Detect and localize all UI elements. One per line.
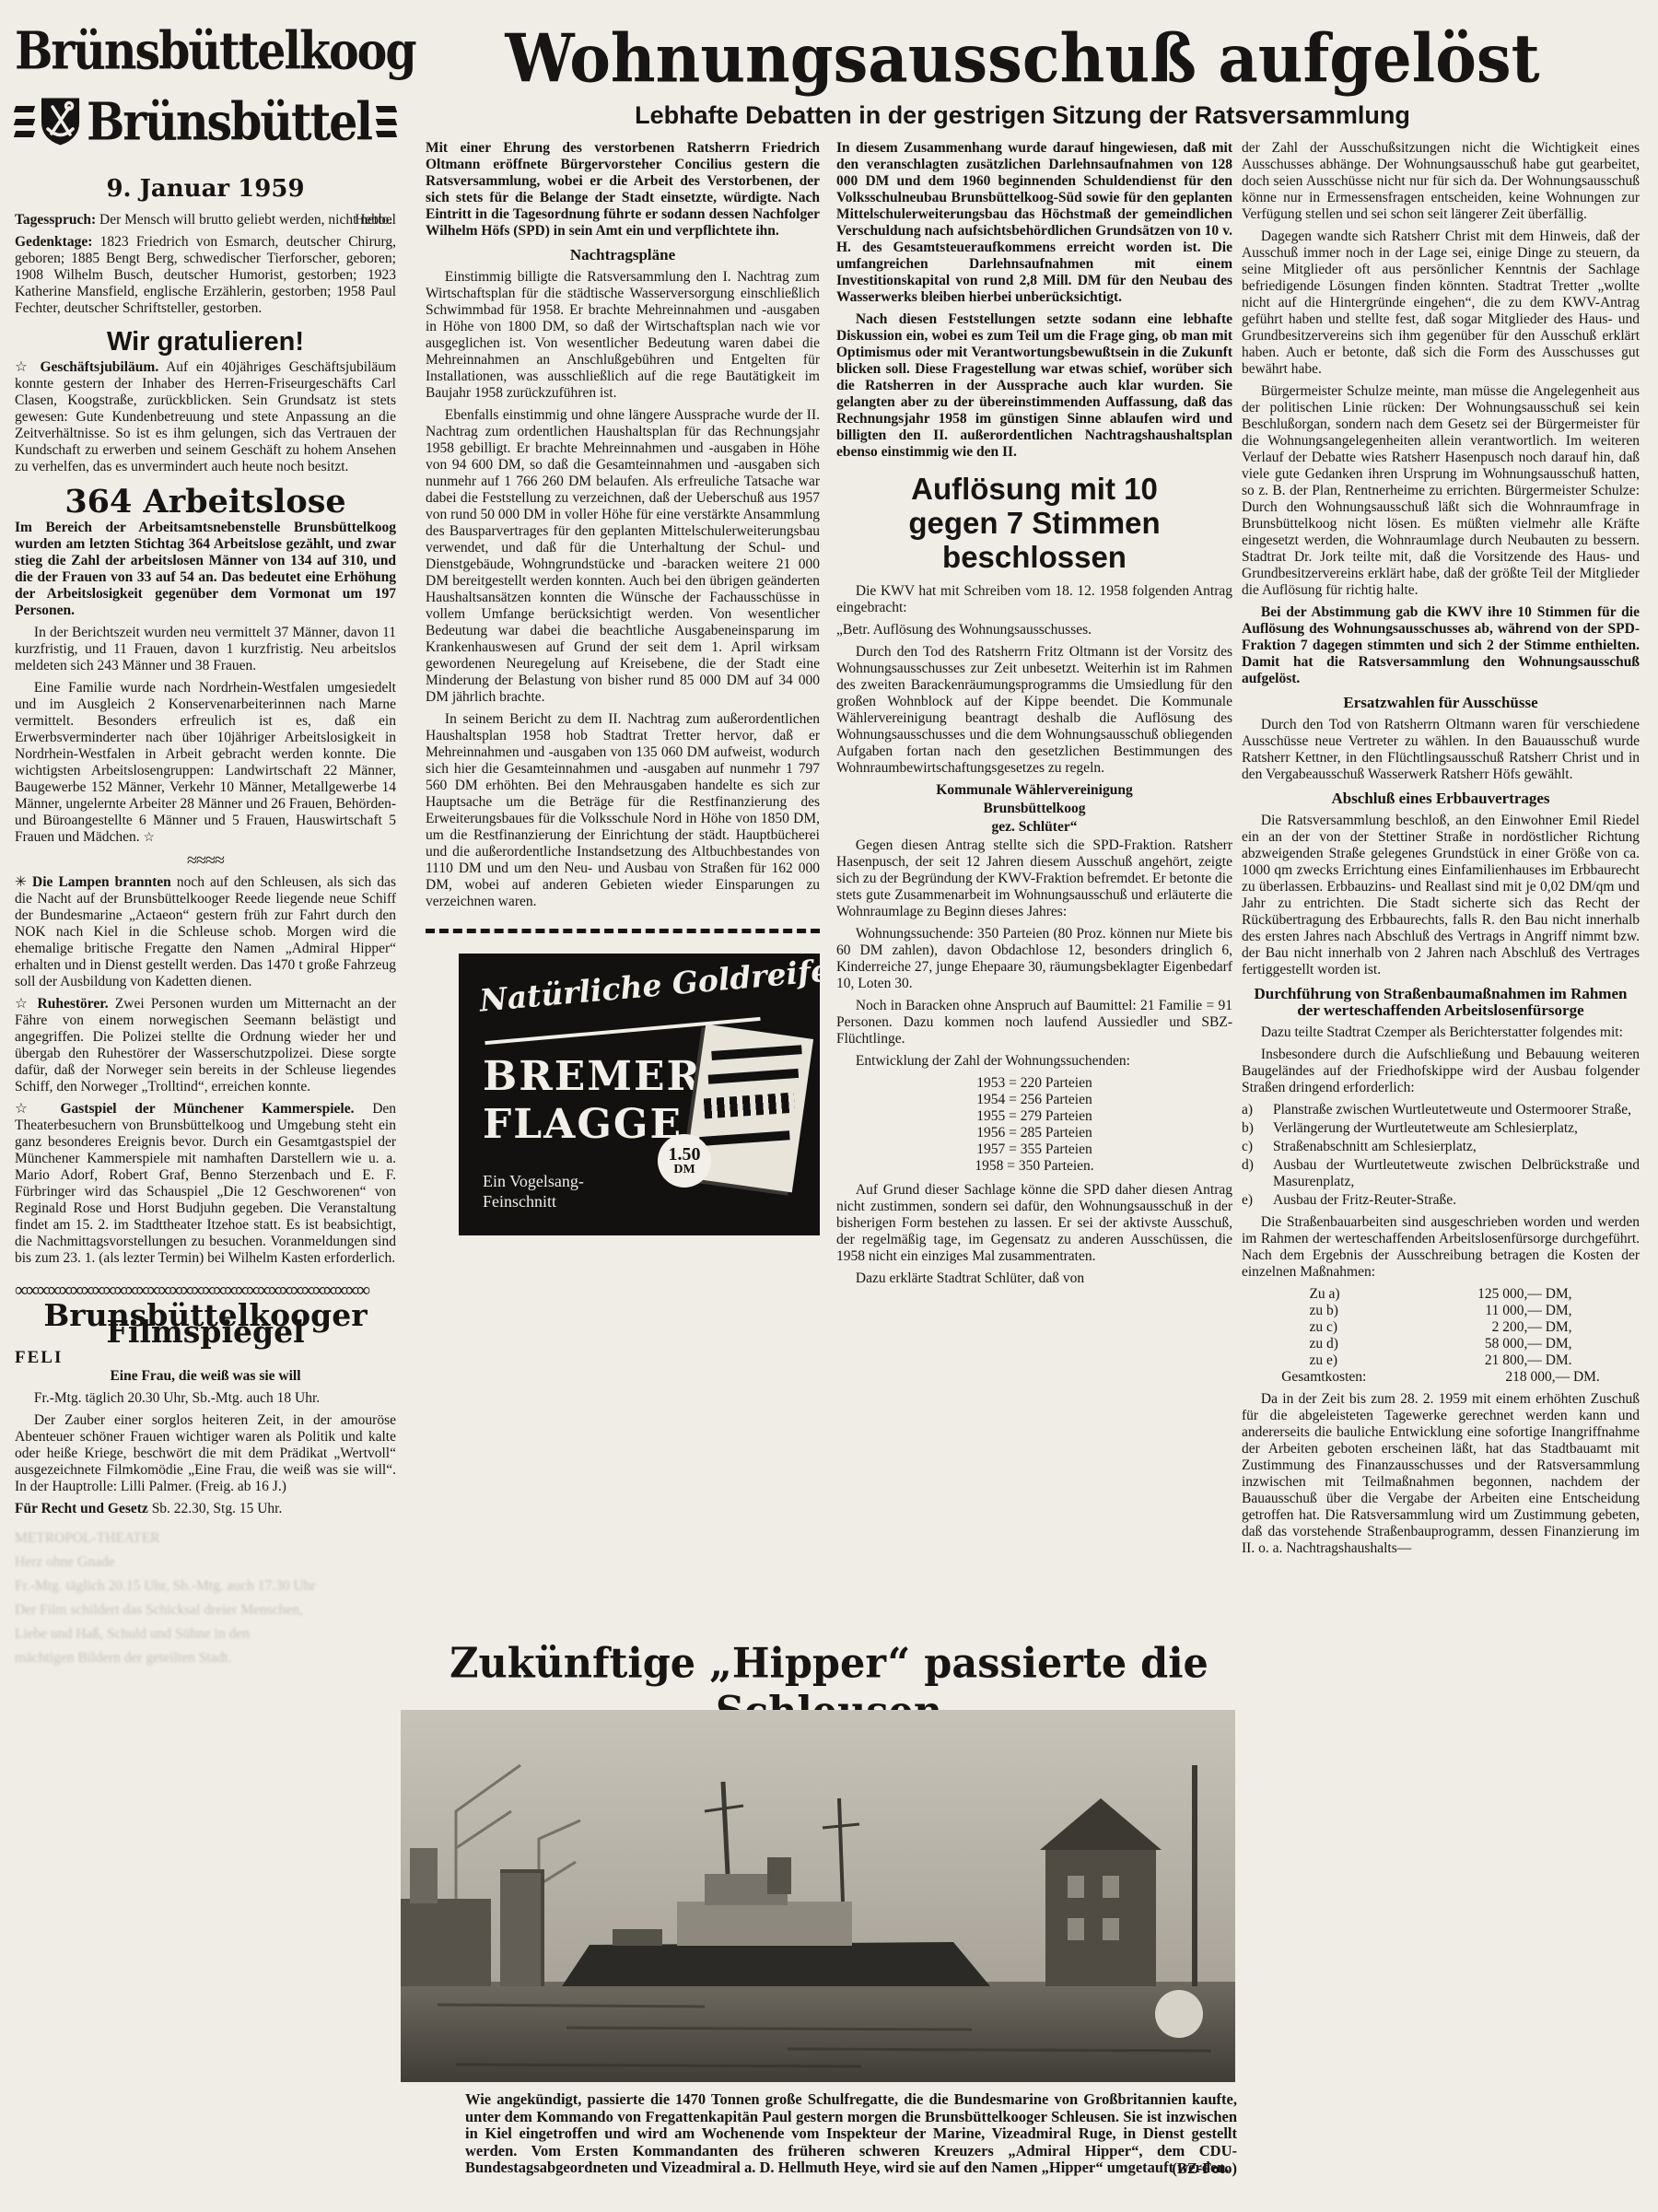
subhead-nachtragsplaene: Nachtragspläne: [426, 247, 820, 263]
col1-paragraph-2: Ebenfalls einstimmig und ohne längere Au…: [426, 407, 820, 706]
col2-paragraph-7: Wohnungssuchende: 350 Parteien (80 Proz.…: [836, 926, 1232, 992]
housing-year-row: 1957 = 355 Parteien: [836, 1141, 1232, 1158]
subhead-aufloesung-line1: Auflösung mit 10: [836, 472, 1232, 506]
article-column-1: Mit einer Ehrung des verstorbenen Ratshe…: [426, 140, 820, 1235]
masthead-title-line2: Brünsbüttel: [87, 112, 371, 132]
braided-rule: ∞∞∞∞∞∞∞∞∞∞∞∞∞∞∞∞∞∞∞∞∞∞∞∞∞∞∞∞∞∞∞∞: [15, 1282, 396, 1298]
ad-brand-name: BREMER FLAGGE: [483, 1053, 702, 1149]
cost-total-row: Gesamtkosten:218 000,— DM.: [1281, 1369, 1600, 1386]
gratulieren-heading: Wir gratulieren!: [15, 334, 396, 350]
photo-caption: Wie angekündigt, passierte die 1470 Tonn…: [465, 2091, 1237, 2178]
gastspiel-item: ☆ Gastspiel der Münchener Kammerspiele. …: [15, 1101, 396, 1267]
cost-row: Zu a)125 000,— DM,: [1309, 1286, 1571, 1303]
col3-paragraph-5: Durch den Tod von Ratsherrn Oltmann ware…: [1242, 717, 1640, 783]
col3-paragraph-10: Da in der Zeit bis zum 28. 2. 1959 mit e…: [1242, 1391, 1640, 1557]
filmspiegel-heading: Brunsbüttelkooger Filmspiegel: [15, 1307, 396, 1340]
ad-tagline: Ein Vogelsang- Feinschnitt: [483, 1171, 584, 1211]
star-icon: ☆: [15, 996, 30, 1012]
price-currency: DM: [673, 1164, 695, 1176]
squiggle-divider: ≈≈≈≈: [15, 852, 396, 869]
ship-photo-illustration: [401, 1710, 1235, 2082]
jubilaeum-item: ☆ Geschäftsjubiläum. Auf ein 40jähriges …: [15, 359, 396, 475]
tagesspruch: Tagesspruch: Der Mensch will brutto geli…: [15, 212, 396, 228]
ad-script-line: Natürliche Goldreife: [479, 962, 820, 1009]
masthead: Brünsbüttelkoog Brünsbüttel 9. Januar 19…: [15, 24, 396, 197]
lampen-title: Die Lampen brannten: [32, 874, 171, 890]
ad-divider-rule: [426, 929, 820, 933]
price-amount: 1.50: [669, 1145, 701, 1164]
jubilaeum-text: Auf ein 40jähriges Geschäftsjubiläum kon…: [15, 359, 396, 474]
arbeitslose-paragraph-1: Im Bereich der Arbeitsamtsnebenstelle Br…: [15, 520, 396, 619]
price-badge: 1.50 DM: [658, 1134, 711, 1188]
star-icon: ☆: [15, 359, 32, 375]
cost-row: zu b)11 000,— DM,: [1309, 1303, 1571, 1319]
col1-paragraph-3: In seinem Bericht zu dem II. Nachtrag zu…: [426, 711, 820, 910]
col3-paragraph-9: Die Straßenbauarbeiten sind ausgeschrieb…: [1242, 1214, 1640, 1281]
street-list-item: b)Verlängerung der Wurtleutetweute am Sc…: [1242, 1120, 1640, 1137]
film2-title: Für Recht und Gesetz: [15, 1501, 148, 1516]
ad-tagline-line1: Ein Vogelsang-: [483, 1171, 584, 1191]
article-column-2: In diesem Zusammenhang wurde darauf hing…: [836, 140, 1232, 1293]
cost-row: zu c)2 200,— DM,: [1309, 1319, 1571, 1336]
housing-year-row: 1953 = 220 Parteien: [836, 1075, 1232, 1092]
col2-paragraph-10: Auf Grund dieser Sachlage könne die SPD …: [836, 1182, 1232, 1265]
housing-year-row: 1955 = 279 Parteien: [836, 1108, 1232, 1125]
col2-paragraph-8: Noch in Baracken ohne Anspruch auf Baumi…: [836, 998, 1232, 1047]
main-subtitle: Lebhafte Debatten in der gestrigen Sitzu…: [398, 101, 1647, 130]
col2-paragraph-4: „Betr. Auflösung des Wohnungsausschusses…: [836, 622, 1232, 638]
ruhestoerer-item: ☆ Ruhestörer. Zwei Personen wurden um Mi…: [15, 996, 396, 1095]
cost-row: zu d)58 000,— DM,: [1309, 1336, 1571, 1352]
col1-paragraph-1: Einstimmig billigte die Ratsversammlung …: [426, 269, 820, 402]
film1-title: Eine Frau, die weiß was sie will: [15, 1368, 396, 1385]
article-intro: Mit einer Ehrung des verstorbenen Ratshe…: [426, 140, 820, 240]
subhead-aufloesung: Auflösung mit 10 gegen 7 Stimmen beschlo…: [836, 472, 1232, 574]
signature-town: Brunsbüttelkoog: [836, 801, 1232, 817]
bremer-flagge-ad: Natürliche Goldreife BREMER FLAGGE 1.50 …: [459, 954, 820, 1235]
gedenktage: Gedenktage: 1823 Friedrich von Esmarch, …: [15, 234, 396, 317]
col3-paragraph-4: Bei der Abstimmung gab die KWV ihre 10 S…: [1242, 604, 1640, 687]
masthead-title-row: Brünsbüttel: [15, 76, 396, 168]
left-column: Brünsbüttelkoog Brünsbüttel 9. Januar 19…: [15, 24, 396, 1674]
gastspiel-title: Gastspiel der Münchener Kammerspiele.: [60, 1101, 354, 1117]
gedenktage-label: Gedenktage:: [15, 234, 92, 250]
col3-paragraph-3: Bürgermeister Schulze meinte, man müsse …: [1242, 383, 1640, 599]
tagesspruch-label: Tagesspruch:: [15, 212, 96, 228]
col3-paragraph-1: der Zahl der Ausschußsitzungen nicht die…: [1242, 140, 1640, 223]
col3-paragraph-8: Insbesondere durch die Aufschließung und…: [1242, 1047, 1640, 1096]
lampen-item: ✳ Die Lampen brannten noch auf den Schle…: [15, 874, 396, 990]
subhead-erbbauvertrag: Abschluß eines Erbbauvertrages: [1242, 790, 1640, 807]
signature-organisation: Kommunale Wählervereinigung: [836, 782, 1232, 799]
col2-paragraph-6: Gegen diesen Antrag stellte sich die SPD…: [836, 837, 1232, 920]
ad-tagline-line2: Feinschnitt: [483, 1191, 584, 1211]
star-icon: ☆: [15, 1101, 42, 1117]
film2-times: Sb. 22.30, Stg. 15 Uhr.: [152, 1501, 283, 1516]
ad-brand-line1: BREMER: [483, 1053, 702, 1101]
jubilaeum-title: Geschäftsjubiläum.: [40, 359, 158, 375]
film2-line: Für Recht und Gesetz Sb. 22.30, Stg. 15 …: [15, 1501, 396, 1517]
housing-year-row: 1956 = 285 Parteien: [836, 1125, 1232, 1141]
housing-year-row: 1954 = 256 Parteien: [836, 1092, 1232, 1108]
ship-photo: [401, 1710, 1235, 2082]
main-headline: Wohnungsausschuß aufgelöst: [398, 24, 1647, 94]
arbeitslose-heading: 364 Arbeitslose: [15, 494, 396, 510]
signature-name: gez. Schlüter“: [836, 819, 1232, 836]
col2-paragraph-1: In diesem Zusammenhang wurde darauf hing…: [836, 140, 1232, 306]
pennant-right-icon: [377, 106, 396, 137]
cost-row: zu e)21 800,— DM.: [1309, 1352, 1571, 1369]
col2-paragraph-9: Entwicklung der Zahl der Wohnungssuchend…: [836, 1053, 1232, 1070]
arbeitslose-paragraph-3: Eine Familie wurde nach Nordrhein-Westfa…: [15, 680, 396, 847]
street-list-item: c)Straßenabschnitt am Schlesierplatz,: [1242, 1139, 1640, 1155]
issue-date: 9. Januar 1959: [15, 181, 396, 197]
newspaper-page: Brünsbüttelkoog Brünsbüttel 9. Januar 19…: [0, 0, 1658, 2212]
cinema-name: FELI: [15, 1350, 396, 1366]
lampen-text: noch auf den Schleusen, als sich das die…: [15, 874, 396, 989]
col2-paragraph-2: Nach diesen Feststellungen setzte sodann…: [836, 311, 1232, 461]
masthead-title-line1: Brünsbüttelkoog: [15, 24, 396, 77]
arbeitslose-text: Eine Familie wurde nach Nordrhein-Westfa…: [15, 680, 396, 845]
print-through-ghost-text: METROPOL-THEATER Herz ohne Gnade Fr.-Mtg…: [15, 1530, 396, 1667]
gastspiel-text: Den Theaterbesuchern von Brunsbüttelkoog…: [15, 1101, 396, 1266]
subhead-strassenbau: Durchführung von Straßenbaumaßnahmen im …: [1242, 986, 1640, 1019]
end-star-icon: ☆: [143, 831, 155, 845]
street-list-item: d)Ausbau der Wurtleutetweute zwischen De…: [1242, 1157, 1640, 1190]
subhead-aufloesung-line2: gegen 7 Stimmen beschlossen: [836, 506, 1232, 574]
subhead-ersatzwahlen: Ersatzwahlen für Ausschüsse: [1242, 695, 1640, 711]
main-headline-block: Wohnungsausschuß aufgelöst Lebhafte Deba…: [398, 24, 1647, 130]
col2-paragraph-3: Die KWV hat mit Schreiben vom 18. 12. 19…: [836, 583, 1232, 616]
photo-caption-text: Wie angekündigt, passierte die 1470 Tonn…: [465, 2091, 1237, 2177]
col3-paragraph-2: Dagegen wandte sich Ratsherr Christ mit …: [1242, 228, 1640, 378]
col2-paragraph-5: Durch den Tod des Ratsherrn Fritz Oltman…: [836, 644, 1232, 777]
asterisk-icon: ✳: [15, 874, 27, 890]
tagesspruch-author: Hebbel: [355, 212, 396, 228]
col3-paragraph-6: Die Ratsversammlung beschloß, an den Ein…: [1242, 813, 1640, 978]
col2-paragraph-11: Dazu erklärte Stadtrat Schlüter, daß von: [836, 1270, 1232, 1287]
housing-year-row: 1958 = 350 Parteien.: [836, 1158, 1232, 1175]
film1-times: Fr.-Mtg. täglich 20.30 Uhr, Sb.-Mtg. auc…: [15, 1390, 396, 1407]
lamp-sphere: [1155, 1990, 1203, 2038]
article-column-3: der Zahl der Ausschußsitzungen nicht die…: [1242, 140, 1640, 1562]
street-list-item: a)Planstraße zwischen Wurtleutetweute un…: [1242, 1102, 1640, 1118]
pennant-left-icon: [15, 106, 34, 137]
ruhestoerer-title: Ruhestörer.: [38, 996, 109, 1012]
col3-paragraph-7: Dazu teilte Stadtrat Czemper als Bericht…: [1242, 1024, 1640, 1041]
tagesspruch-text: Der Mensch will brutto geliebt werden, n…: [99, 212, 392, 228]
city-crest-icon: [40, 76, 81, 168]
street-list-item: e)Ausbau der Fritz-Reuter-Straße.: [1242, 1192, 1640, 1209]
arbeitslose-paragraph-2: In der Berichtszeit wurden neu vermittel…: [15, 625, 396, 674]
film1-review: Der Zauber einer sorglos heiteren Zeit, …: [15, 1412, 396, 1495]
